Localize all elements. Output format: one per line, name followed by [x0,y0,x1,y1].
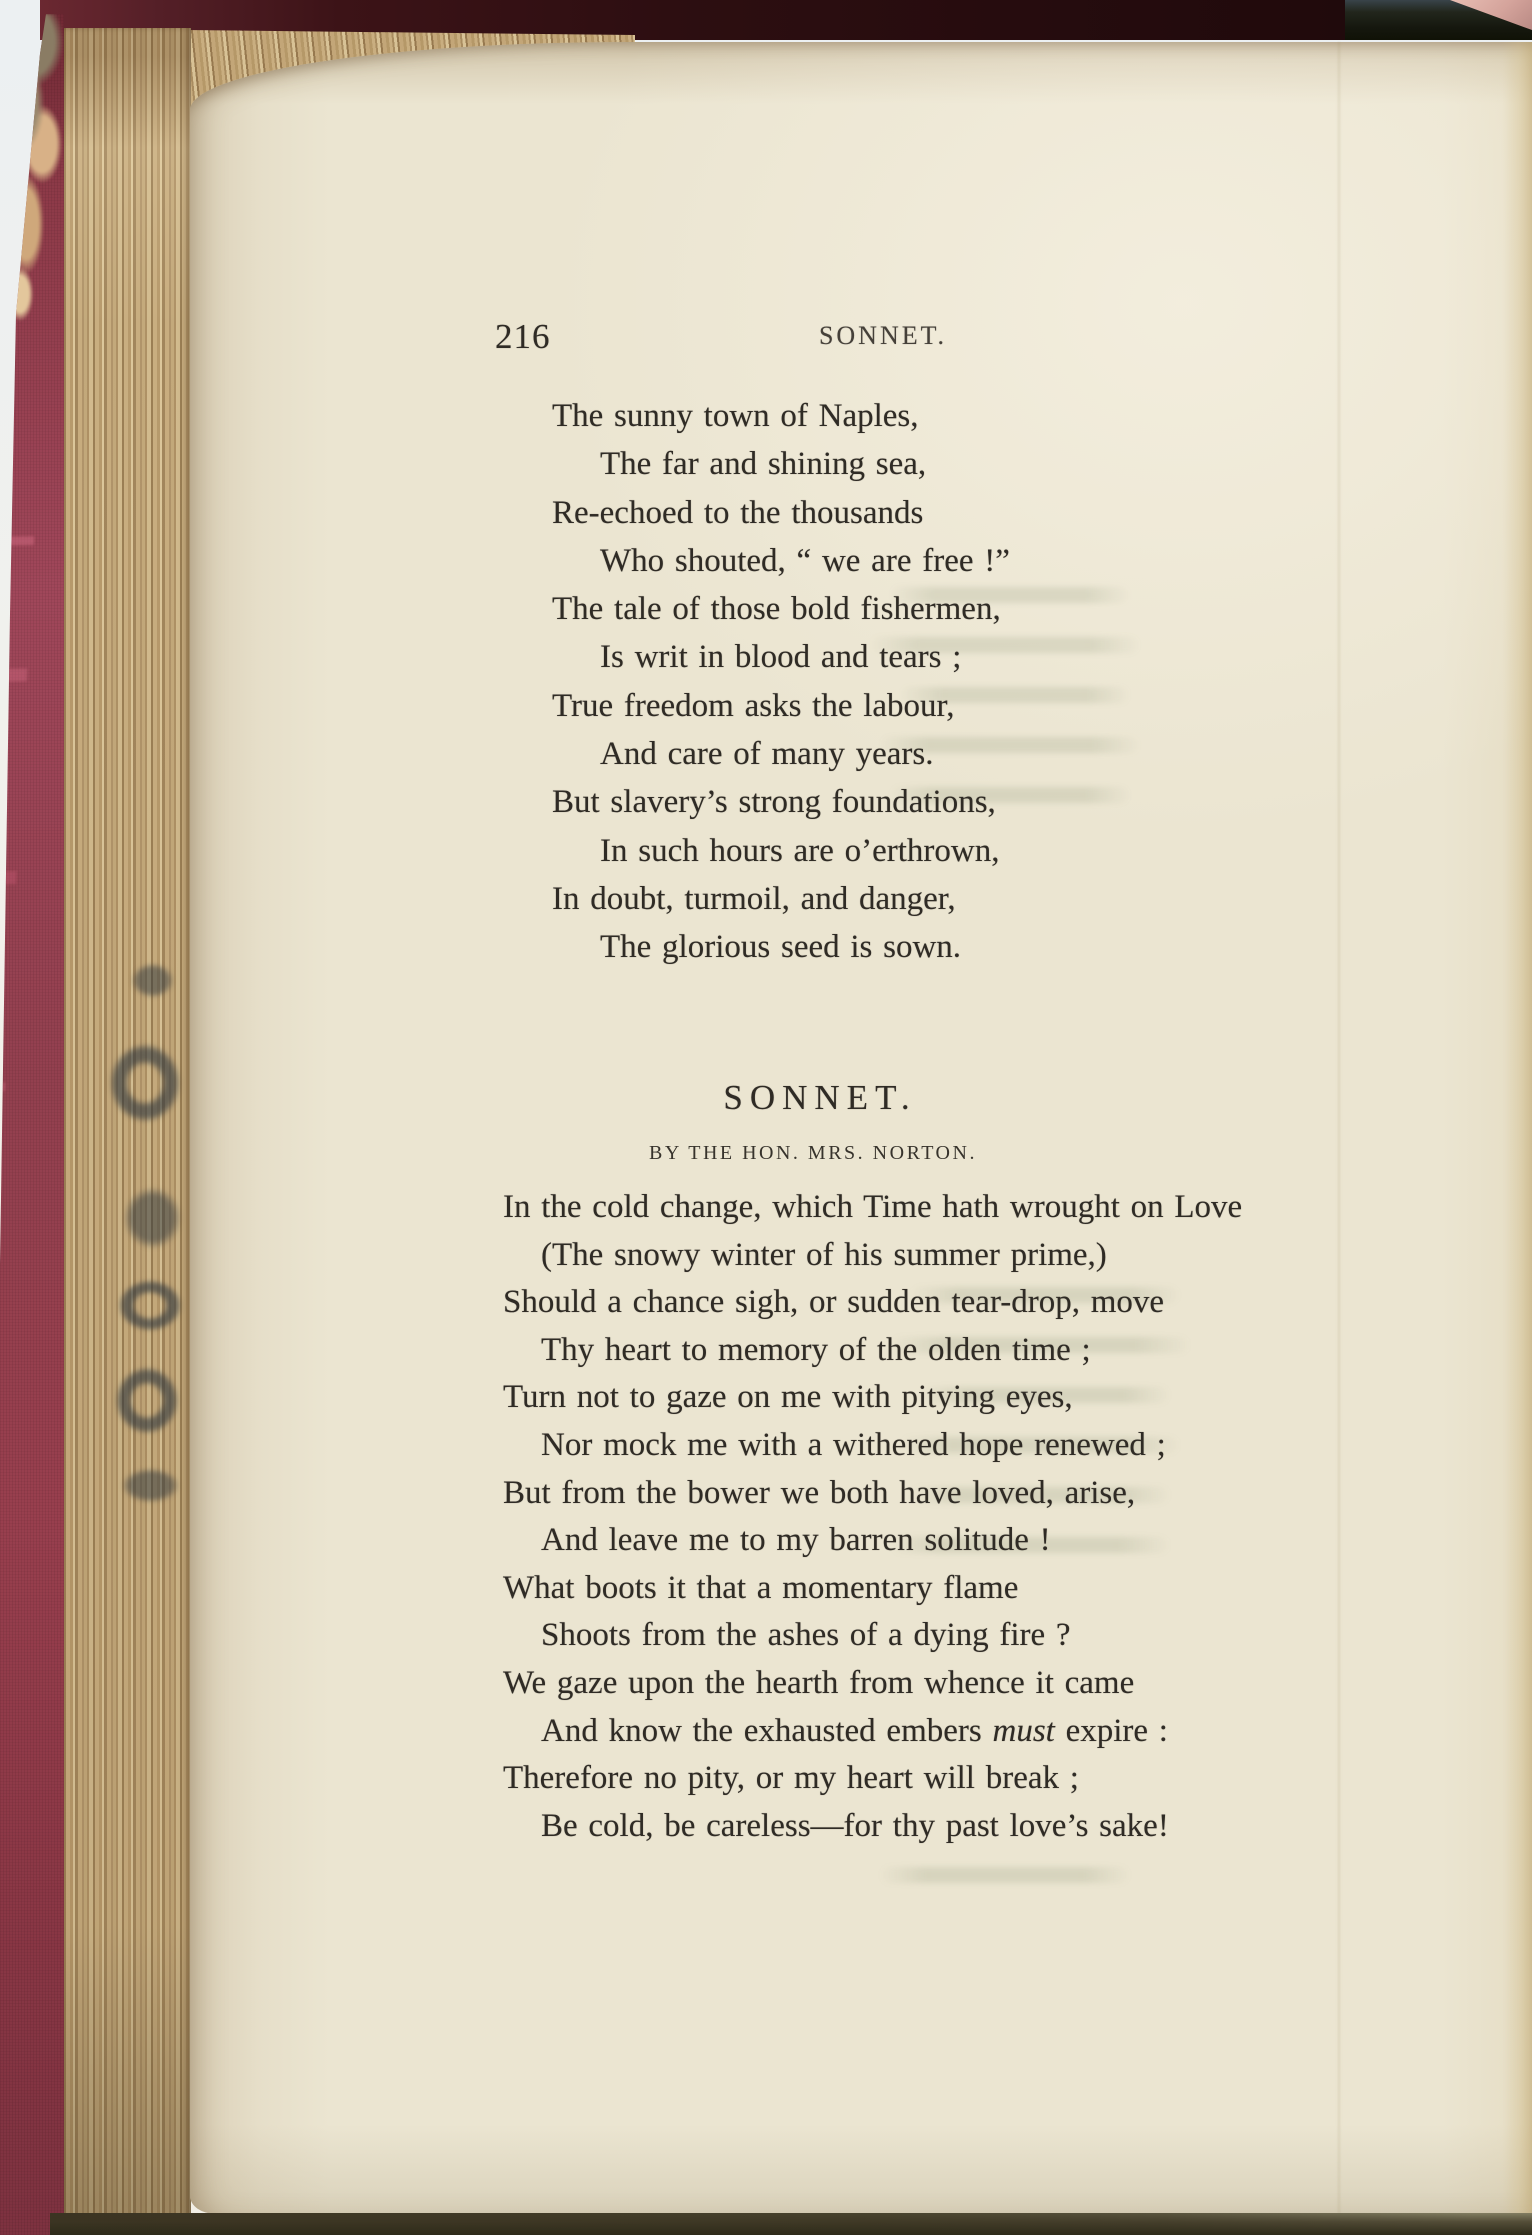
poem-line: Therefore no pity, or my heart will brea… [503,1755,1242,1803]
poem-line: The tale of those bold fishermen, [552,585,1010,633]
edge-stamp-mark [125,958,180,1003]
poem-line: Re-echoed to the thousands [552,489,1010,537]
poem-line: In such hours are o’erthrown, [552,827,1010,875]
poem-line: True freedom asks the labour, [552,682,1010,730]
sonnet-title: SONNET. [723,1080,916,1115]
poem-line: Turn not to gaze on me with pitying eyes… [503,1374,1242,1422]
edge-stamp-mark [110,1273,190,1338]
page-number: 216 [495,319,551,354]
section-divider-rule [700,1022,924,1027]
book-spine-cloth [0,14,64,2235]
poem-line: The far and shining sea, [552,440,1010,488]
worn-spine-patch [0,14,64,354]
edge-stamp-mark [113,1463,188,1508]
sonnet-byline: BY THE HON. MRS. NORTON. [649,1143,977,1163]
page-fore-edges [55,28,191,2235]
poem-line: The glorious seed is sown. [552,923,1010,971]
show-through-smudge [880,1867,1130,1883]
line-segment: And know the exhausted embers [541,1713,992,1749]
poem-line: But from the bower we both have loved, a… [503,1470,1242,1518]
sonnet-text: In the cold change, which Time hath wrou… [503,1184,1242,1850]
edge-stamp-mark [107,1358,187,1443]
poem-line: Thy heart to memory of the olden time ; [503,1327,1242,1375]
book-bottom-edge-shadow [50,2213,1532,2235]
poem-line: And care of many years. [552,730,1010,778]
poem-line: But slavery’s strong foundations, [552,778,1010,826]
poem-line: And leave me to my barren solitude ! [503,1517,1242,1565]
edge-stamp-mark [115,1178,190,1258]
poem-line: Is writ in blood and tears ; [552,633,1010,681]
poem-ending-stanzas: The sunny town of Naples,The far and shi… [552,392,1010,972]
poem-line: What boots it that a momentary flame [503,1565,1242,1613]
book-page: 216 SONNET. The sunny town of Naples,The… [190,42,1532,2214]
poem-line: Who shouted, “ we are free !” [552,537,1010,585]
running-head: SONNET. [819,323,947,349]
poem-line: Nor mock me with a withered hope renewed… [503,1422,1242,1470]
poem-line: We gaze upon the hearth from whence it c… [503,1660,1242,1708]
poem-line: In the cold change, which Time hath wrou… [503,1184,1242,1232]
poem-line: (The snowy winter of his summer prime,) [503,1232,1242,1280]
poem-line: In doubt, turmoil, and danger, [552,875,1010,923]
page-right-edge-shading [1502,42,1532,2214]
poem-line: The sunny town of Naples, [552,392,1010,440]
book-scan: 216 SONNET. The sunny town of Naples,The… [0,0,1532,2235]
poem-line: And know the exhausted embers must expir… [503,1708,1242,1756]
poem-line: Shoots from the ashes of a dying fire ? [503,1612,1242,1660]
poem-line: Should a chance sigh, or sudden tear-dro… [503,1279,1242,1327]
line-segment: expire : [1055,1713,1168,1749]
edge-stamp-mark [100,1033,190,1133]
italic-word: must [992,1713,1054,1749]
poem-line: Be cold, be careless—for thy past love’s… [503,1803,1242,1851]
page-crease [1338,42,1340,2214]
